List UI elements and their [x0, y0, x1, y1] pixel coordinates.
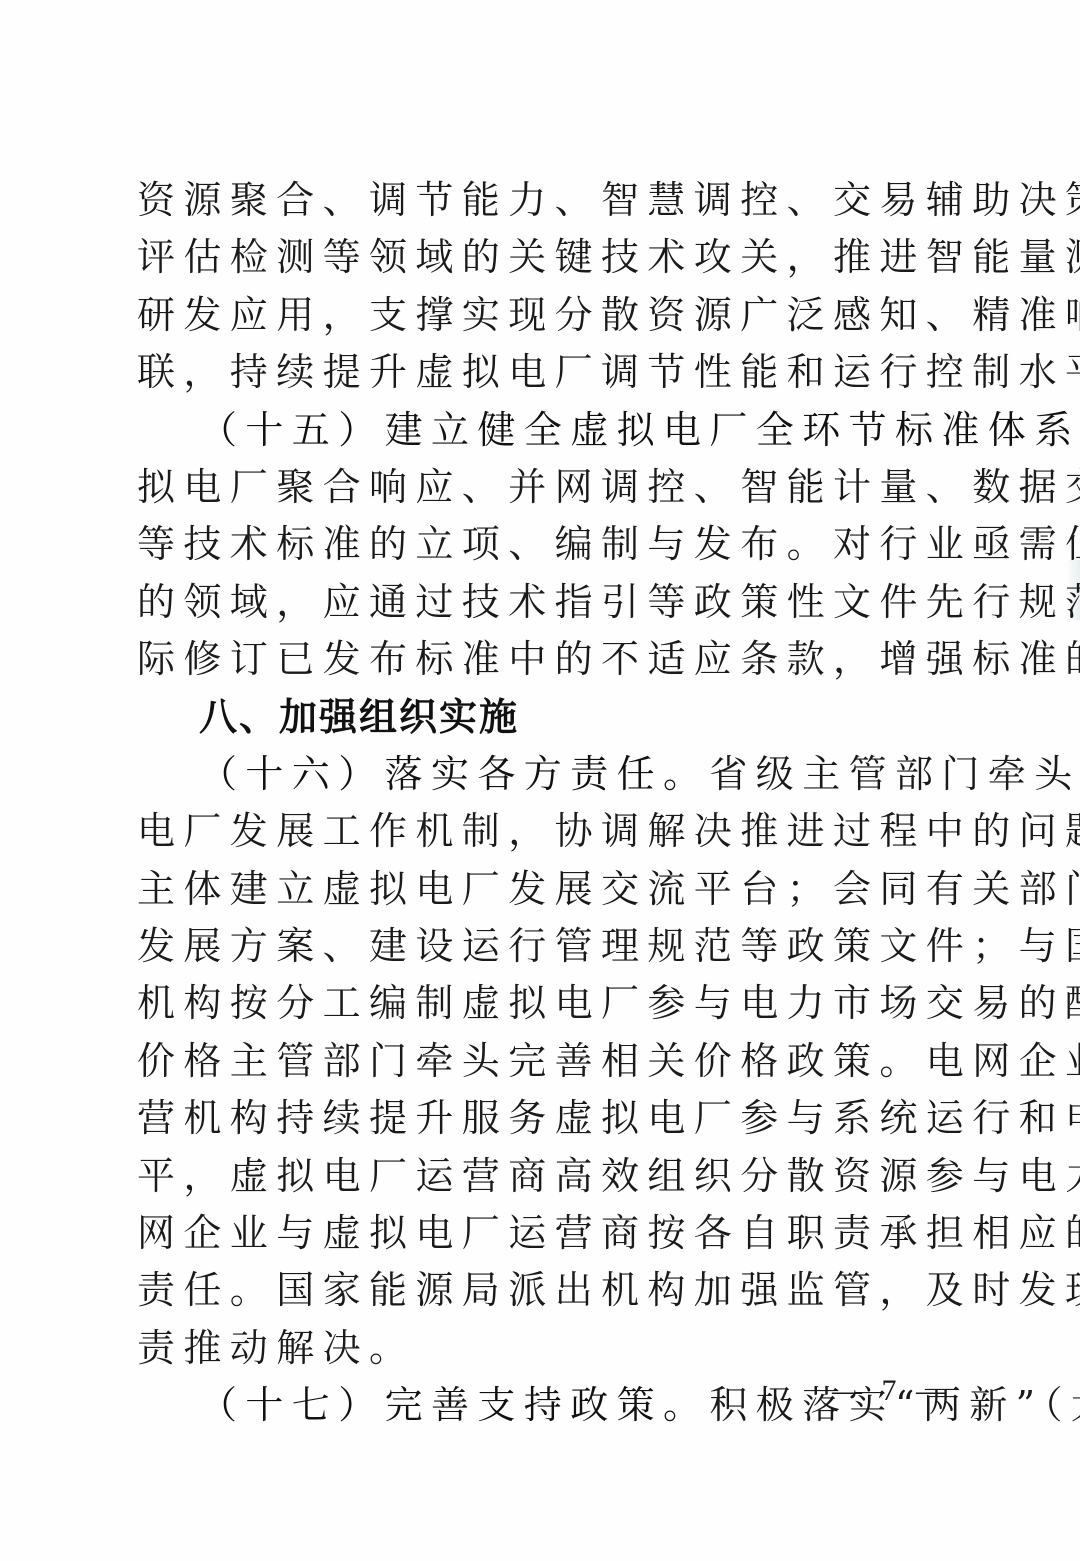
text-line: 营机构持续提升服务虚拟电厂参与系统运行和电力市场的水: [137, 1090, 927, 1147]
document-body: 资源聚合、调节能力、智慧调控、交易辅助决策、安全稳定及 评估检测等领域的关键技术…: [137, 172, 927, 1435]
item-15-label: （十五）建立健全虚拟电厂全环节标准体系。: [199, 408, 1080, 452]
text-line: 平，虚拟电厂运营商高效组织分散资源参与电力系统互动。电: [137, 1148, 927, 1205]
text-line: 的领域，应通过技术指引等政策性文件先行规范。结合发展实: [137, 574, 927, 631]
text-line: 等技术标准的立项、编制与发布。对行业亟需但标准尚未覆盖: [137, 516, 927, 573]
text-line: 资源聚合、调节能力、智慧调控、交易辅助决策、安全稳定及: [137, 172, 927, 229]
text-line: 责任。国家能源局派出机构加强监管，及时发现问题并结合职: [137, 1262, 927, 1319]
item-17-first-line: （十七）完善支持政策。积极落实“两新”（大规模设备: [137, 1377, 927, 1434]
page-number: — 7 —: [832, 1374, 952, 1408]
text-line: 电厂发展工作机制，协调解决推进过程中的问题，支持各有关: [137, 803, 927, 860]
item-15-first-line: （十五）建立健全虚拟电厂全环节标准体系。加快推动虚: [137, 402, 927, 459]
text-line: 评估检测等领域的关键技术攻关，推进智能量测与通信技术的: [137, 229, 927, 286]
text-line: 际修订已发布标准中的不适应条款，增强标准的适用性。: [137, 631, 927, 688]
text-line: 责推动解决。: [137, 1320, 927, 1377]
text-line: 机构按分工编制虚拟电厂参与电力市场交易的配套文件。省级: [137, 975, 927, 1032]
text-line: 主体建立虚拟电厂发展交流平台；会同有关部门编制虚拟电厂: [137, 861, 927, 918]
item-16-first-line: （十六）落实各方责任。省级主管部门牵头建立完善虚拟: [137, 746, 927, 803]
text-line: 拟电厂聚合响应、并网调控、智能计量、数据交互、安全防护: [137, 459, 927, 516]
text-line: 发展方案、建设运行管理规范等政策文件；与国家能源局派出: [137, 918, 927, 975]
text-line: 价格主管部门牵头完善相关价格政策。电网企业、电力市场运: [137, 1033, 927, 1090]
section-heading: 八、加强组织实施: [137, 689, 927, 746]
text-line: 网企业与虚拟电厂运营商按各自职责承担相应的电力安全供应: [137, 1205, 927, 1262]
item-16-text: 省级主管部门牵头建立完善虚拟: [709, 752, 1080, 796]
item-17-label: （十七）完善支持政策。: [199, 1383, 709, 1427]
document-page: 资源聚合、调节能力、智慧调控、交易辅助决策、安全稳定及 评估检测等领域的关键技术…: [0, 0, 1080, 1561]
text-line: 联，持续提升虚拟电厂调节性能和运行控制水平。: [137, 344, 927, 401]
text-line: 研发应用，支撑实现分散资源广泛感知、精准响应、高速互: [137, 287, 927, 344]
item-16-label: （十六）落实各方责任。: [199, 752, 709, 796]
